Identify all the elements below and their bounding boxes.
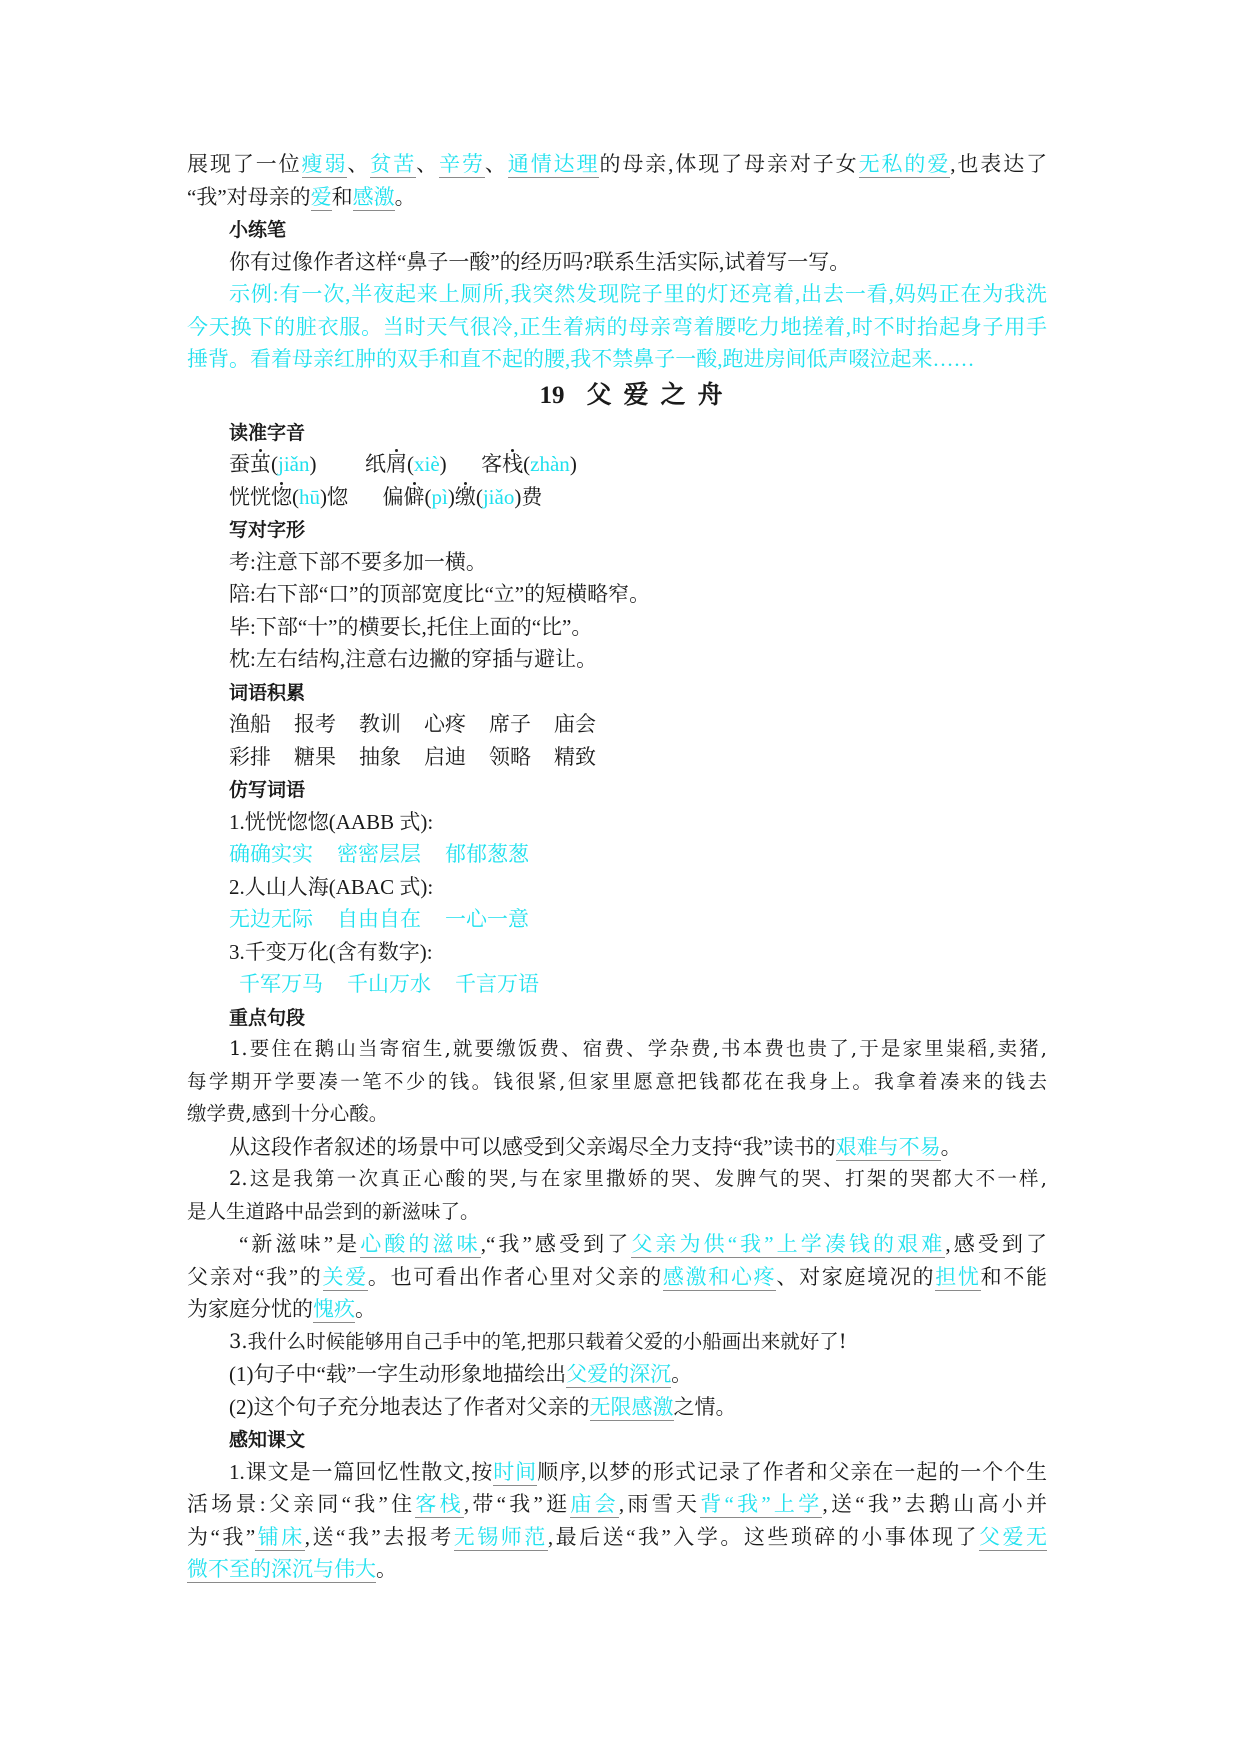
imitation-answers: 千军万马千山万水千言万语 [187, 968, 1047, 1001]
pronunciation-row-2: 恍恍惚(hū)惚 偏僻(pì)缴(jiǎo)费 [187, 481, 1047, 514]
answer-blank: 通情达理 [508, 152, 600, 178]
vocab-word: 心疼 [424, 708, 466, 741]
text: (1)句子中“载”一字生动形象地描绘出 [229, 1362, 566, 1386]
answer-blank: 感激 [353, 185, 395, 211]
vocab-word: 启迪 [424, 741, 466, 774]
text: “我”对母亲的 [187, 185, 311, 209]
practice-example-line-2: 今天换下的脏衣服。当时天气很冷,正生着病的母亲弯着腰吃力地搓着,时不时抬起身子用… [187, 311, 1047, 344]
text: 为家庭分忧的 [187, 1297, 313, 1321]
pron-item: 恍恍惚(hū)惚 [229, 485, 348, 509]
vocab-word: 彩排 [229, 741, 271, 774]
imitation-prompt: 1.恍恍惚惚(AABB 式): [187, 806, 1047, 839]
quote-line: 3.我什么时候能够用自己手中的笔,把那只载着父爱的小船画出来就好了! [187, 1326, 1047, 1359]
lesson-title-text: 父爱之舟 [586, 382, 734, 409]
pinyin: xiè [414, 452, 440, 476]
answer-blank: 担忧 [935, 1265, 980, 1291]
pron-item: 缴(jiǎo)费 [455, 485, 543, 509]
question-line: (2)这个句子充分地表达了作者对父亲的无限感激之情。 [187, 1391, 1047, 1424]
quote-line: 每学期开学要凑一笔不少的钱。钱很紧,但家里愿意把钱都花在我身上。我拿着凑来的钱去 [187, 1066, 1047, 1099]
comprehension-line: 微不至的深沉与伟大。 [187, 1553, 1047, 1586]
answer-word: 千言万语 [455, 968, 539, 1001]
text: 惚 [327, 485, 348, 509]
text: 。 [395, 185, 416, 209]
vocab-word: 席子 [489, 708, 531, 741]
imitation-prompt: 3.千变万化(含有数字): [187, 936, 1047, 969]
section-heading-imitation: 仿写词语 [187, 773, 1047, 806]
text: 1.课文是一篇回忆性散文,按 [229, 1460, 493, 1484]
text: 和 [332, 185, 353, 209]
answer-blank: 铺床 [255, 1525, 305, 1551]
lesson-number: 19 [539, 382, 564, 409]
text: 纸 [365, 452, 386, 476]
answer-blank: 贫苦 [370, 152, 416, 178]
analysis-line: 为家庭分忧的愧疚。 [187, 1293, 1047, 1326]
answer-word: 郁郁葱葱 [445, 838, 529, 871]
text: 、 [416, 152, 439, 176]
summary-line-2: “我”对母亲的爱和感激。 [187, 181, 1047, 214]
comprehension-line: 为“我”铺床,送“我”去报考无锡师范,最后送“我”入学。这些琐碎的小事体现了父爱… [187, 1521, 1047, 1554]
text: ,感受到了 [945, 1232, 1047, 1256]
answer-blank: 父爱无 [979, 1525, 1047, 1551]
question-line: (1)句子中“载”一字生动形象地描绘出父爱的深沉。 [187, 1358, 1047, 1391]
pinyin: jiǎo [483, 485, 515, 509]
vocabulary-row-2: 彩排糖果抽象启迪领略精致 [187, 741, 1047, 774]
answer-blank: 父爱的深沉 [566, 1362, 671, 1388]
text: 。 [376, 1557, 397, 1581]
text: 、 [485, 152, 508, 176]
pinyin: zhàn [530, 452, 570, 476]
document-page: 展现了一位瘦弱、贫苦、辛劳、通情达理的母亲,体现了母亲对子女无私的爱,也表达了 … [187, 148, 1047, 1586]
imitation-answers: 确确实实密密层层郁郁葱葱 [187, 838, 1047, 871]
answer-blank: 微不至的深沉与伟大 [187, 1557, 376, 1583]
section-heading-writing: 写对字形 [187, 513, 1047, 546]
dotted-char: 惚 [271, 485, 292, 509]
practice-example-line-1: 示例:有一次,半夜起来上厕所,我突然发现院子里的灯还亮着,出去一看,妈妈正在为我… [187, 278, 1047, 311]
answer-word: 千山万水 [347, 968, 431, 1001]
text: 之情。 [674, 1395, 737, 1419]
answer-blank: 时间 [493, 1460, 537, 1486]
writing-item: 毕:下部“十”的横要长,托住上面的“比”。 [187, 611, 1047, 644]
section-heading-comprehension: 感知课文 [187, 1423, 1047, 1456]
pron-item: 蚕茧(jiǎn) [229, 452, 317, 476]
writing-item: 考:注意下部不要多加一横。 [187, 546, 1047, 579]
section-heading-vocabulary: 词语积累 [187, 676, 1047, 709]
answer-blank: 父亲为供“我”上学凑钱的艰难 [631, 1232, 945, 1258]
answer-blank: 关爱 [323, 1265, 368, 1291]
text: 活场景:父亲同“我”住 [187, 1492, 415, 1516]
comprehension-line: 1.课文是一篇回忆性散文,按时间顺序,以梦的形式记录了作者和父亲在一起的一个个生 [187, 1456, 1047, 1489]
imitation-answers: 无边无际自由自在一心一意 [187, 903, 1047, 936]
answer-blank: 艰难与不易 [836, 1135, 941, 1161]
answer-word: 确确实实 [229, 838, 313, 871]
dotted-char: 缴 [455, 485, 476, 509]
answer-blank: 庙会 [570, 1492, 619, 1518]
pinyin: pì [432, 485, 448, 509]
answer-blank: 背“我”上学 [700, 1492, 822, 1518]
text: 和不能 [981, 1265, 1047, 1289]
answer-blank: 无锡师范 [454, 1525, 548, 1551]
text: ,带“我”逛 [464, 1492, 570, 1516]
comprehension-line: 活场景:父亲同“我”住客栈,带“我”逛庙会,雨雪天背“我”上学,送“我”去鹅山高… [187, 1488, 1047, 1521]
text: ,最后送“我”入学。这些琐碎的小事体现了 [548, 1525, 979, 1549]
practice-prompt: 你有过像作者这样“鼻子一酸”的经历吗?联系生活实际,试着写一写。 [187, 246, 1047, 279]
vocab-word: 渔船 [229, 708, 271, 741]
answer-blank: 无限感激 [590, 1395, 674, 1421]
writing-item: 枕:左右结构,注意右边撇的穿插与避让。 [187, 643, 1047, 676]
text: 为“我” [187, 1525, 255, 1549]
text: 。 [355, 1297, 376, 1321]
answer-blank: 瘦弱 [302, 152, 348, 178]
dotted-char: 僻 [404, 485, 425, 509]
answer-blank: 无私的爱 [859, 152, 951, 178]
text: ,送“我”去报考 [305, 1525, 454, 1549]
text: “新滋味”是 [239, 1232, 360, 1256]
answer-word: 无边无际 [229, 903, 313, 936]
analysis-line: 父亲对“我”的关爱。也可看出作者心里对父亲的感激和心疼、对家庭境况的担忧和不能 [187, 1261, 1047, 1294]
answer-word: 密密层层 [337, 838, 421, 871]
text: 客 [481, 452, 502, 476]
text: 。 [671, 1362, 692, 1386]
text: ,也表达了 [950, 152, 1047, 176]
vocab-word: 精致 [554, 741, 596, 774]
answer-blank: 客栈 [415, 1492, 464, 1518]
text: 偏 [383, 485, 404, 509]
text: 。也可看出作者心里对父亲的 [368, 1265, 663, 1289]
analysis-line: 从这段作者叙述的场景中可以感受到父亲竭尽全力支持“我”读书的艰难与不易。 [187, 1131, 1047, 1164]
text: 展现了一位 [187, 152, 302, 176]
section-heading-pronunciation: 读准字音 [187, 416, 1047, 449]
imitation-prompt: 2.人山人海(ABAC 式): [187, 871, 1047, 904]
quote-line: 1.要住在鹅山当寄宿生,就要缴饭费、宿费、学杂费,书本费也贵了,于是家里粜稻,卖… [187, 1033, 1047, 1066]
text: 。 [941, 1135, 962, 1159]
text: 恍恍 [229, 485, 271, 509]
quote-line: 是人生道路中品尝到的新滋味了。 [187, 1196, 1047, 1229]
pinyin: jiǎn [278, 452, 310, 476]
analysis-line: “新滋味”是心酸的滋味,“我”感受到了父亲为供“我”上学凑钱的艰难,感受到了 [187, 1228, 1047, 1261]
pron-item: 偏僻(pì) [383, 485, 455, 509]
pron-item: 客栈(zhàn) [481, 452, 577, 476]
vocab-word: 领略 [489, 741, 531, 774]
quote-line: 2.这是我第一次真正心酸的哭,与在家里撒娇的哭、发脾气的哭、打架的哭都大不一样, [187, 1163, 1047, 1196]
text: 的母亲,体现了母亲对子女 [599, 152, 858, 176]
vocab-word: 糖果 [294, 741, 336, 774]
dotted-char: 茧 [250, 452, 271, 476]
text: 、 [347, 152, 370, 176]
text: 蚕 [229, 452, 250, 476]
text: 费 [521, 485, 542, 509]
summary-line-1: 展现了一位瘦弱、贫苦、辛劳、通情达理的母亲,体现了母亲对子女无私的爱,也表达了 [187, 148, 1047, 181]
text: ,送“我”去鹅山高小并 [822, 1492, 1047, 1516]
practice-example-line-3: 捶背。看着母亲红肿的双手和直不起的腰,我不禁鼻子一酸,跑进房间低声啜泣起来…… [187, 343, 1047, 376]
answer-word: 自由自在 [337, 903, 421, 936]
vocab-word: 抽象 [359, 741, 401, 774]
vocab-word: 教训 [359, 708, 401, 741]
pronunciation-row-1: 蚕茧(jiǎn) 纸屑(xiè) 客栈(zhàn) [187, 448, 1047, 481]
dotted-char: 屑 [386, 452, 407, 476]
answer-word: 一心一意 [445, 903, 529, 936]
answer-blank: 心酸的滋味 [360, 1232, 481, 1258]
quote-line: 缴学费,感到十分心酸。 [187, 1098, 1047, 1131]
vocab-word: 庙会 [554, 708, 596, 741]
writing-item: 陪:右下部“口”的顶部宽度比“立”的短横略窄。 [187, 578, 1047, 611]
text: (2)这个句子充分地表达了作者对父亲的 [229, 1395, 590, 1419]
answer-blank: 辛劳 [439, 152, 485, 178]
vocabulary-row-1: 渔船报考教训心疼席子庙会 [187, 708, 1047, 741]
text: 父亲对“我”的 [187, 1265, 323, 1289]
section-heading-key-sentences: 重点句段 [187, 1001, 1047, 1034]
text: 从这段作者叙述的场景中可以感受到父亲竭尽全力支持“我”读书的 [229, 1135, 836, 1159]
answer-blank: 愧疚 [313, 1297, 355, 1323]
text: ,“我”感受到了 [481, 1232, 632, 1256]
vocab-word: 报考 [294, 708, 336, 741]
text: 、对家庭境况的 [776, 1265, 935, 1289]
answer-word: 千军万马 [239, 968, 323, 1001]
pron-item: 纸屑(xiè) [365, 452, 447, 476]
dotted-char: 栈 [502, 452, 523, 476]
lesson-title: 19父爱之舟 [187, 376, 1047, 416]
answer-blank: 爱 [311, 185, 332, 211]
answer-blank: 感激和心疼 [663, 1265, 776, 1291]
section-heading-practice: 小练笔 [187, 213, 1047, 246]
pinyin: hū [299, 485, 320, 509]
text: 顺序,以梦的形式记录了作者和父亲在一起的一个个生 [537, 1460, 1047, 1484]
text: ,雨雪天 [619, 1492, 700, 1516]
